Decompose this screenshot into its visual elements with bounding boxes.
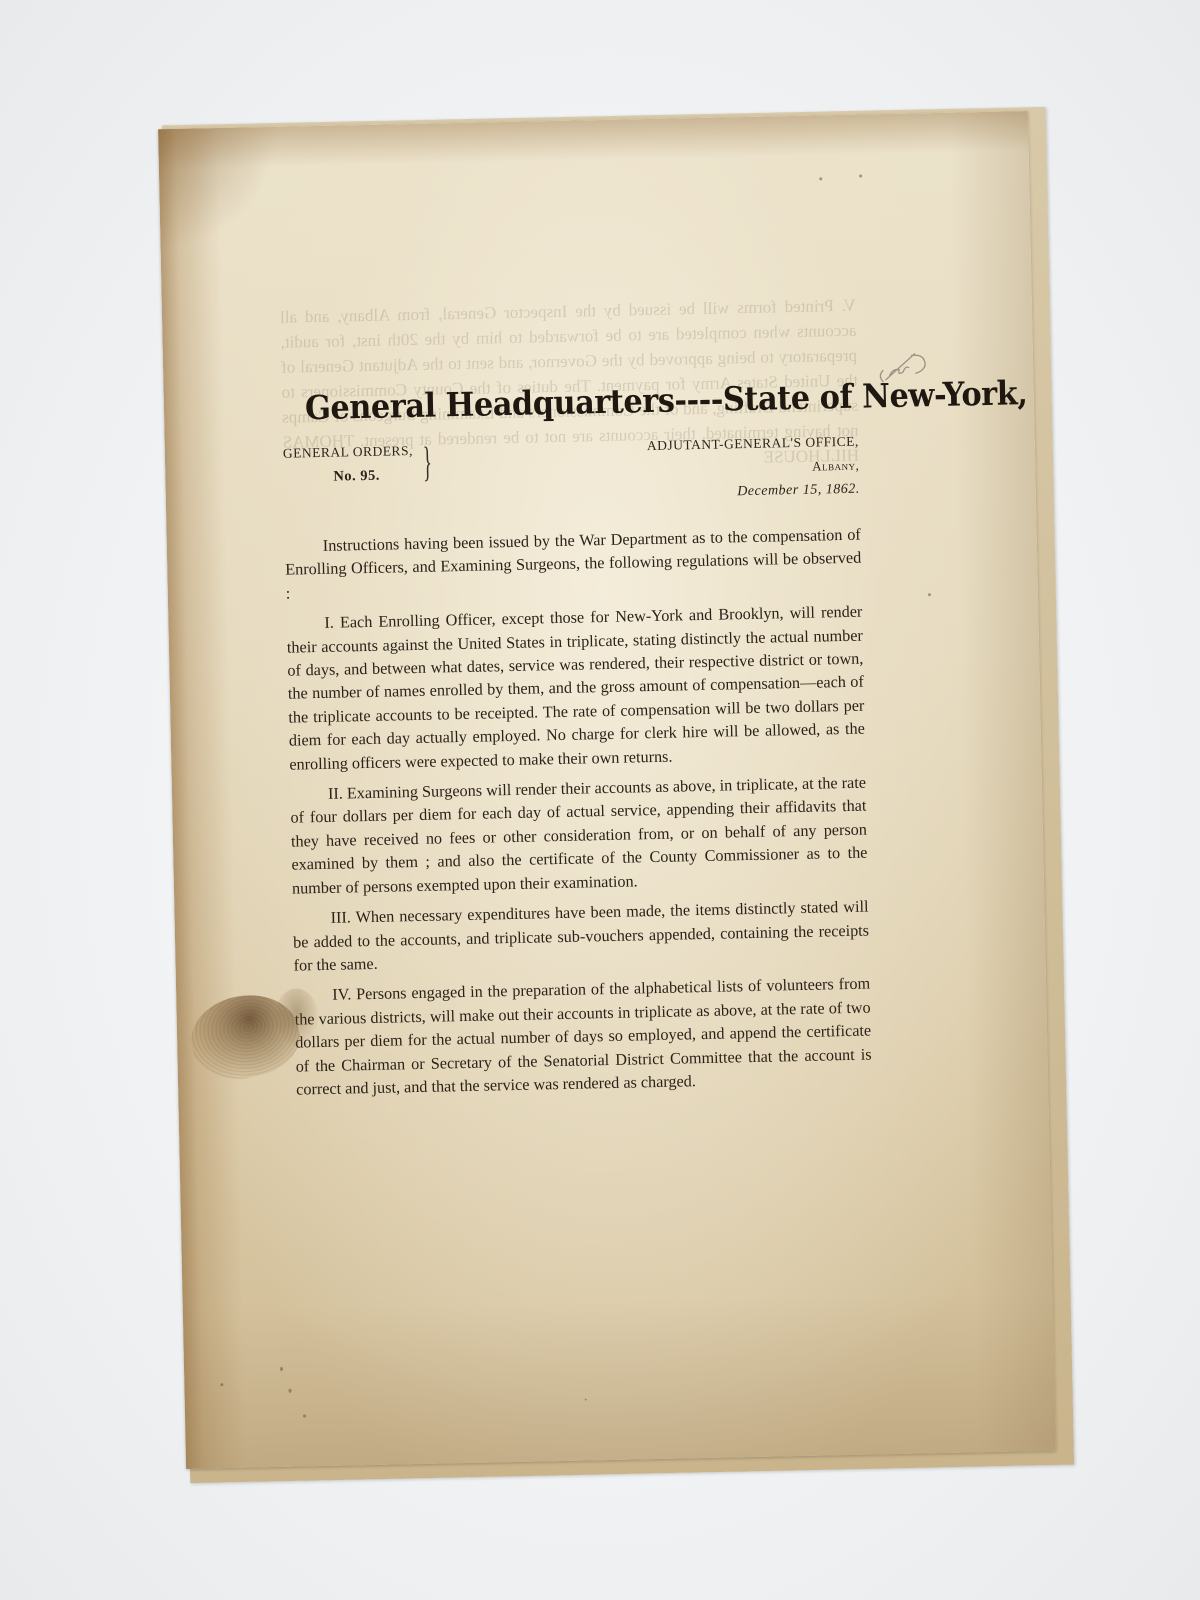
general-orders-block: GENERAL ORDERS, No. 95. } [283, 438, 439, 489]
brace-glyph: } [422, 443, 432, 483]
order-number: No. 95. [283, 463, 413, 490]
document-sheet: V. Printed forms will be issued by the I… [158, 111, 1056, 1469]
paragraph-i: I. Each Enrolling Officer, except those … [286, 601, 865, 777]
body-text: Instructions having been issued by the W… [285, 524, 873, 1102]
foxing-spot [280, 1367, 283, 1371]
date: December 15, 1862. [648, 478, 860, 506]
paragraph-ii: II. Examining Surgeons will render their… [290, 772, 868, 901]
foxing-spot [288, 1389, 291, 1393]
foxing-spot [928, 593, 931, 596]
foxing-spot [819, 177, 822, 180]
office-block: ADJUTANT-GENERAL'S OFFICE, Albany, Decem… [647, 430, 860, 506]
foxing-spot [303, 1414, 306, 1417]
paragraph-iv: IV. Persons engaged in the preparation o… [294, 973, 872, 1102]
foxing-spot [585, 1399, 587, 1401]
pencil-annotation-icon [875, 345, 932, 390]
foxing-spot [220, 1383, 223, 1386]
foxing-spot [859, 175, 862, 178]
paragraph-iii: III. When necessary expenditures have be… [292, 896, 869, 978]
orders-header: GENERAL ORDERS, No. 95. } ADJUTANT-GENER… [283, 430, 860, 514]
place-date-line: Albany, December 15, 1862. [647, 454, 860, 506]
document-content: General Headquarters----State of New-Yor… [282, 377, 873, 1109]
paragraph-intro: Instructions having been issued by the W… [285, 524, 862, 606]
general-orders-label: GENERAL ORDERS, [283, 439, 413, 466]
